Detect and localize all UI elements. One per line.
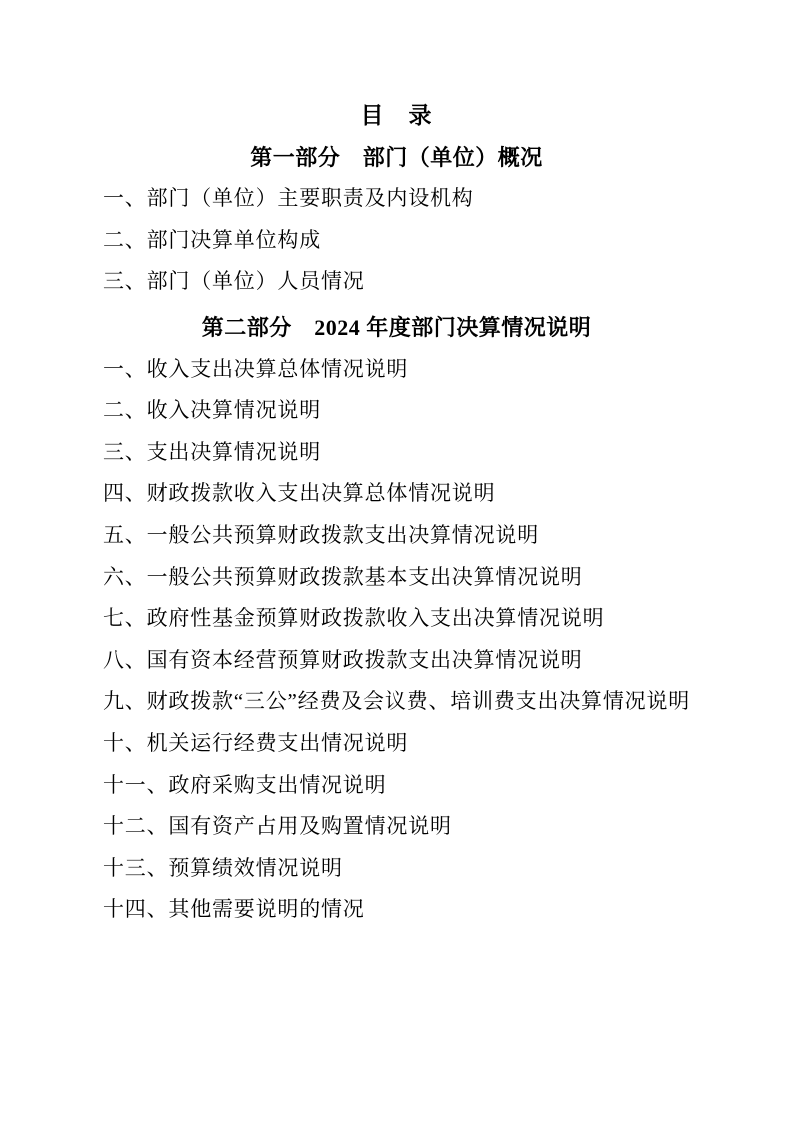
- toc-item-part2-4: 四、财政拨款收入支出决算总体情况说明: [0, 473, 793, 515]
- toc-item-part2-5: 五、一般公共预算财政拨款支出决算情况说明: [0, 515, 793, 557]
- toc-item-part2-14: 十四、其他需要说明的情况: [0, 889, 793, 931]
- toc-item-part2-10: 十、机关运行经费支出情况说明: [0, 723, 793, 765]
- toc-item-part2-11: 十一、政府采购支出情况说明: [0, 765, 793, 807]
- toc-item-part2-3: 三、支出决算情况说明: [0, 432, 793, 474]
- section-heading-part-one: 第一部分 部门（单位）概况: [0, 137, 793, 179]
- toc-item-part1-1: 一、部门（单位）主要职责及内设机构: [0, 178, 793, 220]
- toc-item-part1-2: 二、部门决算单位构成: [0, 220, 793, 262]
- toc-item-part2-2: 二、收入决算情况说明: [0, 390, 793, 432]
- toc-item-part2-1: 一、收入支出决算总体情况说明: [0, 349, 793, 391]
- toc-item-part2-13: 十三、预算绩效情况说明: [0, 848, 793, 890]
- toc-item-part2-9: 九、财政拨款“三公”经费及会议费、培训费支出决算情况说明: [0, 681, 793, 723]
- toc-item-part2-6: 六、一般公共预算财政拨款基本支出决算情况说明: [0, 557, 793, 599]
- toc-item-part2-12: 十二、国有资产占用及购置情况说明: [0, 806, 793, 848]
- toc-item-part2-8: 八、国有资本经营预算财政拨款支出决算情况说明: [0, 640, 793, 682]
- section-heading-part-two: 第二部分 2024 年度部门决算情况说明: [0, 307, 793, 349]
- document-page: 目 录 第一部分 部门（单位）概况 一、部门（单位）主要职责及内设机构 二、部门…: [0, 0, 793, 1122]
- toc-item-part2-7: 七、政府性基金预算财政拨款收入支出决算情况说明: [0, 598, 793, 640]
- toc-item-part1-3: 三、部门（单位）人员情况: [0, 261, 793, 303]
- toc-title: 目 录: [0, 95, 793, 137]
